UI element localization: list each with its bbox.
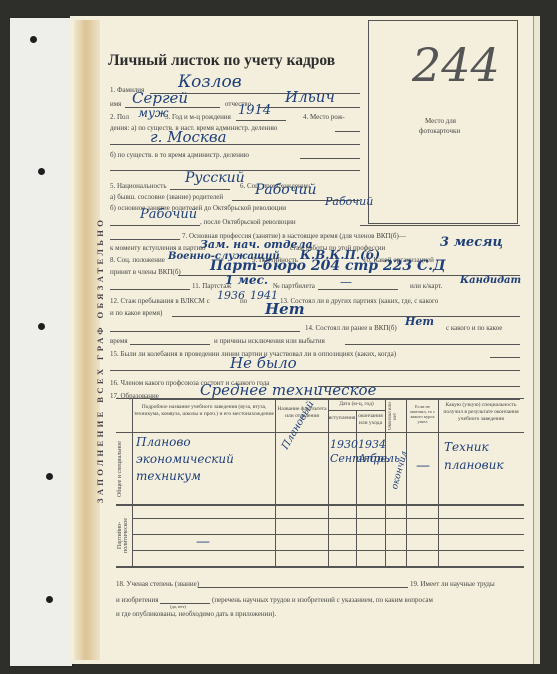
punch-hole: [30, 36, 37, 43]
field-line: [130, 344, 210, 345]
header-institution: Подробное название учебного заведения (в…: [134, 404, 274, 418]
field-line: [258, 107, 360, 108]
label-works: 19. Имеет ли научные труды: [410, 580, 495, 588]
value-earlier-vkp: Нет: [405, 315, 434, 328]
value-oppositions: Не было: [230, 354, 297, 372]
header-specialty: Какую (узкую) специальность получил в ре…: [439, 402, 523, 423]
label-parents-before: б) основное занятие родителей до Октябрь…: [110, 204, 286, 212]
label-birth-year: 3. Год и м-ц рождения: [165, 113, 231, 121]
cell-entered: 1930 Сентябрь: [330, 438, 356, 466]
cell-finished: 1934 Апрель: [358, 438, 386, 466]
label-parents-estate: а) бывш. сословие (звание) родителей: [110, 193, 223, 201]
value-candidate-card: Кандидат: [460, 275, 521, 286]
header-course-left: Если не окончил, то с какого курса ушел: [407, 404, 438, 424]
label-social-status: 8. Соц. положение: [110, 256, 165, 264]
label-other-parties-b: и по какое время): [110, 309, 162, 317]
header-finished: окончания или ухода: [356, 413, 385, 427]
field-line: [110, 331, 300, 332]
archive-number: 244: [412, 38, 500, 92]
label-time: время: [110, 337, 128, 345]
label-works-b: и изобретения: [116, 596, 159, 604]
value-parents-before: Рабочий: [325, 195, 373, 208]
value-other-parties: Нет: [265, 300, 305, 318]
label-earlier-vkp: 14. Состоял ли ранее в ВКП(б): [305, 324, 397, 332]
value-accepted-by: Парт-бюро 204 стр 223 С.Д: [210, 258, 446, 274]
row-group-party: Партийно-политическое: [117, 508, 131, 563]
cell-party-education: —: [196, 534, 210, 550]
header-graduated: Окончил или нет: [388, 401, 402, 431]
label-degree: 18. Ученая степень (звание): [116, 580, 199, 588]
photo-label: фотокарточки: [419, 127, 460, 135]
field-line: [110, 370, 520, 371]
label-earlier-vkp-b: с какого и по какое: [446, 324, 502, 332]
cell-course-left: —: [416, 458, 430, 474]
photo-label: Место для: [425, 117, 456, 125]
value-patronymic: Ильич: [285, 88, 335, 106]
value-party-exp: 1 мес.: [225, 273, 268, 287]
field-line: [110, 239, 180, 240]
field-line: [110, 225, 200, 226]
label-name: имя: [110, 100, 121, 108]
value-birth-year: 1914: [238, 103, 271, 118]
punch-hole: [38, 323, 45, 330]
label-works-c: (перечень научных трудов и изобретений с…: [212, 596, 433, 604]
page-title: Личный листок по учету кадров: [108, 52, 335, 70]
punch-hole: [38, 168, 45, 175]
education-table: Подробное название учебного заведения (в…: [116, 398, 524, 568]
field-line: [110, 144, 360, 145]
value-nationality: Русский: [185, 170, 245, 186]
label-nationality: 5. Национальность: [110, 182, 167, 190]
punch-hole: [46, 473, 53, 480]
label-party-card: № партбилета: [273, 282, 315, 290]
label-exclusion: и причины исключения или выбытия: [214, 337, 325, 345]
label-candidate-card: или к/карт.: [410, 282, 442, 290]
binder-strip: [10, 18, 72, 666]
label-birthplace: 4. Место рож-: [303, 113, 345, 121]
value-parents-estate: Рабочий: [255, 182, 316, 198]
punch-hole: [46, 596, 53, 603]
header-date: Дата (м-ц, год): [328, 401, 385, 408]
field-line: [170, 189, 230, 190]
value-parents-after: Рабочий: [140, 207, 197, 222]
value-profession-exp: 3 месяц: [440, 235, 503, 250]
cell-specialty: Техник плановик: [444, 438, 522, 474]
side-notice: ЗАПОЛНЕНИЕ ВСЕХ ГРАФ ОБЯЗАТЕЛЬНО: [95, 170, 109, 550]
label-birthplace-b: б) по существ. в то время администр. дел…: [110, 151, 249, 159]
label-parents-after: , после Октябрьской революции: [200, 218, 296, 226]
page-edge: [533, 16, 540, 664]
header-entered: вступления: [328, 415, 356, 422]
value-party-card: —: [340, 275, 352, 289]
field-line: [345, 344, 520, 345]
label-sex: 2. Пол: [110, 113, 129, 121]
field-line: [360, 225, 520, 226]
row-group-general: Общее и специальное: [117, 438, 131, 500]
field-line: [490, 357, 520, 358]
hint-yes-no: (да, нет): [170, 604, 186, 609]
label-accepted-by: принят в члены ВКП(б): [110, 268, 181, 276]
value-education: Среднее техническое: [200, 381, 376, 399]
value-first-name: Сергей: [132, 89, 188, 107]
field-line: [172, 316, 520, 317]
cell-institution: Планово экономический техникум: [136, 434, 271, 485]
field-line: [335, 131, 360, 132]
label-komsomol-to: по: [240, 297, 247, 305]
field-line: [236, 120, 286, 121]
value-sex: муж: [138, 106, 169, 120]
field-line: [110, 289, 190, 290]
field-line: [300, 158, 360, 159]
field-line: [318, 289, 398, 290]
label-works-d: и где опубликованы, необходимо дать в пр…: [116, 610, 276, 618]
field-line: [198, 587, 408, 588]
label-komsomol: 12. Стаж пребывания в ВЛКСМ с: [110, 297, 210, 305]
